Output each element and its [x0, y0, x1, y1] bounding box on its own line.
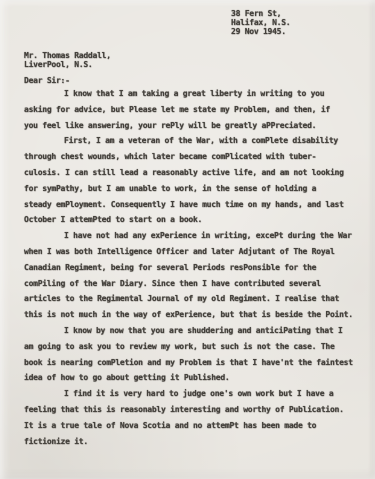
letter-line: It is a true tale of Nova Scotia and no …	[24, 418, 364, 434]
letter-line: articles to the Regimental Journal of my…	[24, 291, 364, 307]
sender-street: 38 Fern St,	[231, 9, 290, 18]
letter-line: I have not had any exPerience in writing…	[24, 228, 364, 244]
letter-line: First, I am a veteran of the War, with a…	[24, 133, 364, 149]
letter-line: feeling that this is reasonably interest…	[24, 402, 364, 418]
letter-line: Canadian Regiment, being for several Per…	[24, 260, 364, 276]
letter-line: book is nearing comPletion and my Proble…	[24, 355, 364, 371]
recipient-city: LiverPool, N.S.	[24, 61, 111, 70]
letter-line: you feel like answering, your rePly will…	[24, 118, 364, 134]
letter-line: fictionize it.	[24, 434, 364, 450]
recipient-block: Mr. Thomas Raddall, LiverPool, N.S.	[24, 52, 111, 70]
letter-line: when I was both Intelligence Officer and…	[24, 244, 364, 260]
letter-line: idea of how to go about getting it Publi…	[24, 370, 364, 386]
salutation: Dear Sir:-	[24, 76, 70, 85]
letter-line: culosis. I can still lead a reasonably a…	[24, 165, 364, 181]
letter-line: steady emPloyment. Consequently I have m…	[24, 197, 364, 213]
letter-line: this is not much in the way of exPerienc…	[24, 307, 364, 323]
letter-date: 29 Nov 1945.	[231, 27, 290, 36]
letter-body: I know that I am taking a great liberty …	[24, 86, 364, 449]
sender-address: 38 Fern St, Halifax, N.S. 29 Nov 1945.	[231, 9, 290, 37]
letter-line: am going to ask you to review my work, b…	[24, 339, 364, 355]
letter-line: October I attemPted to start on a book.	[24, 212, 364, 228]
letter-page: { "page": { "paper_color": "#e8e5df", "i…	[0, 0, 375, 479]
letter-line: through chest wounds, which later became…	[24, 149, 364, 165]
letter-line: I know that I am taking a great liberty …	[24, 86, 364, 102]
letter-line: I find it is very hard to judge one's ow…	[24, 386, 364, 402]
letter-line: asking for advice, but Please let me sta…	[24, 102, 364, 118]
letter-line: I know by now that you are shuddering an…	[24, 323, 364, 339]
letter-line: comPiling of the War Diary. Since then I…	[24, 276, 364, 292]
letter-line: for symPathy, but I am unable to work, i…	[24, 181, 364, 197]
